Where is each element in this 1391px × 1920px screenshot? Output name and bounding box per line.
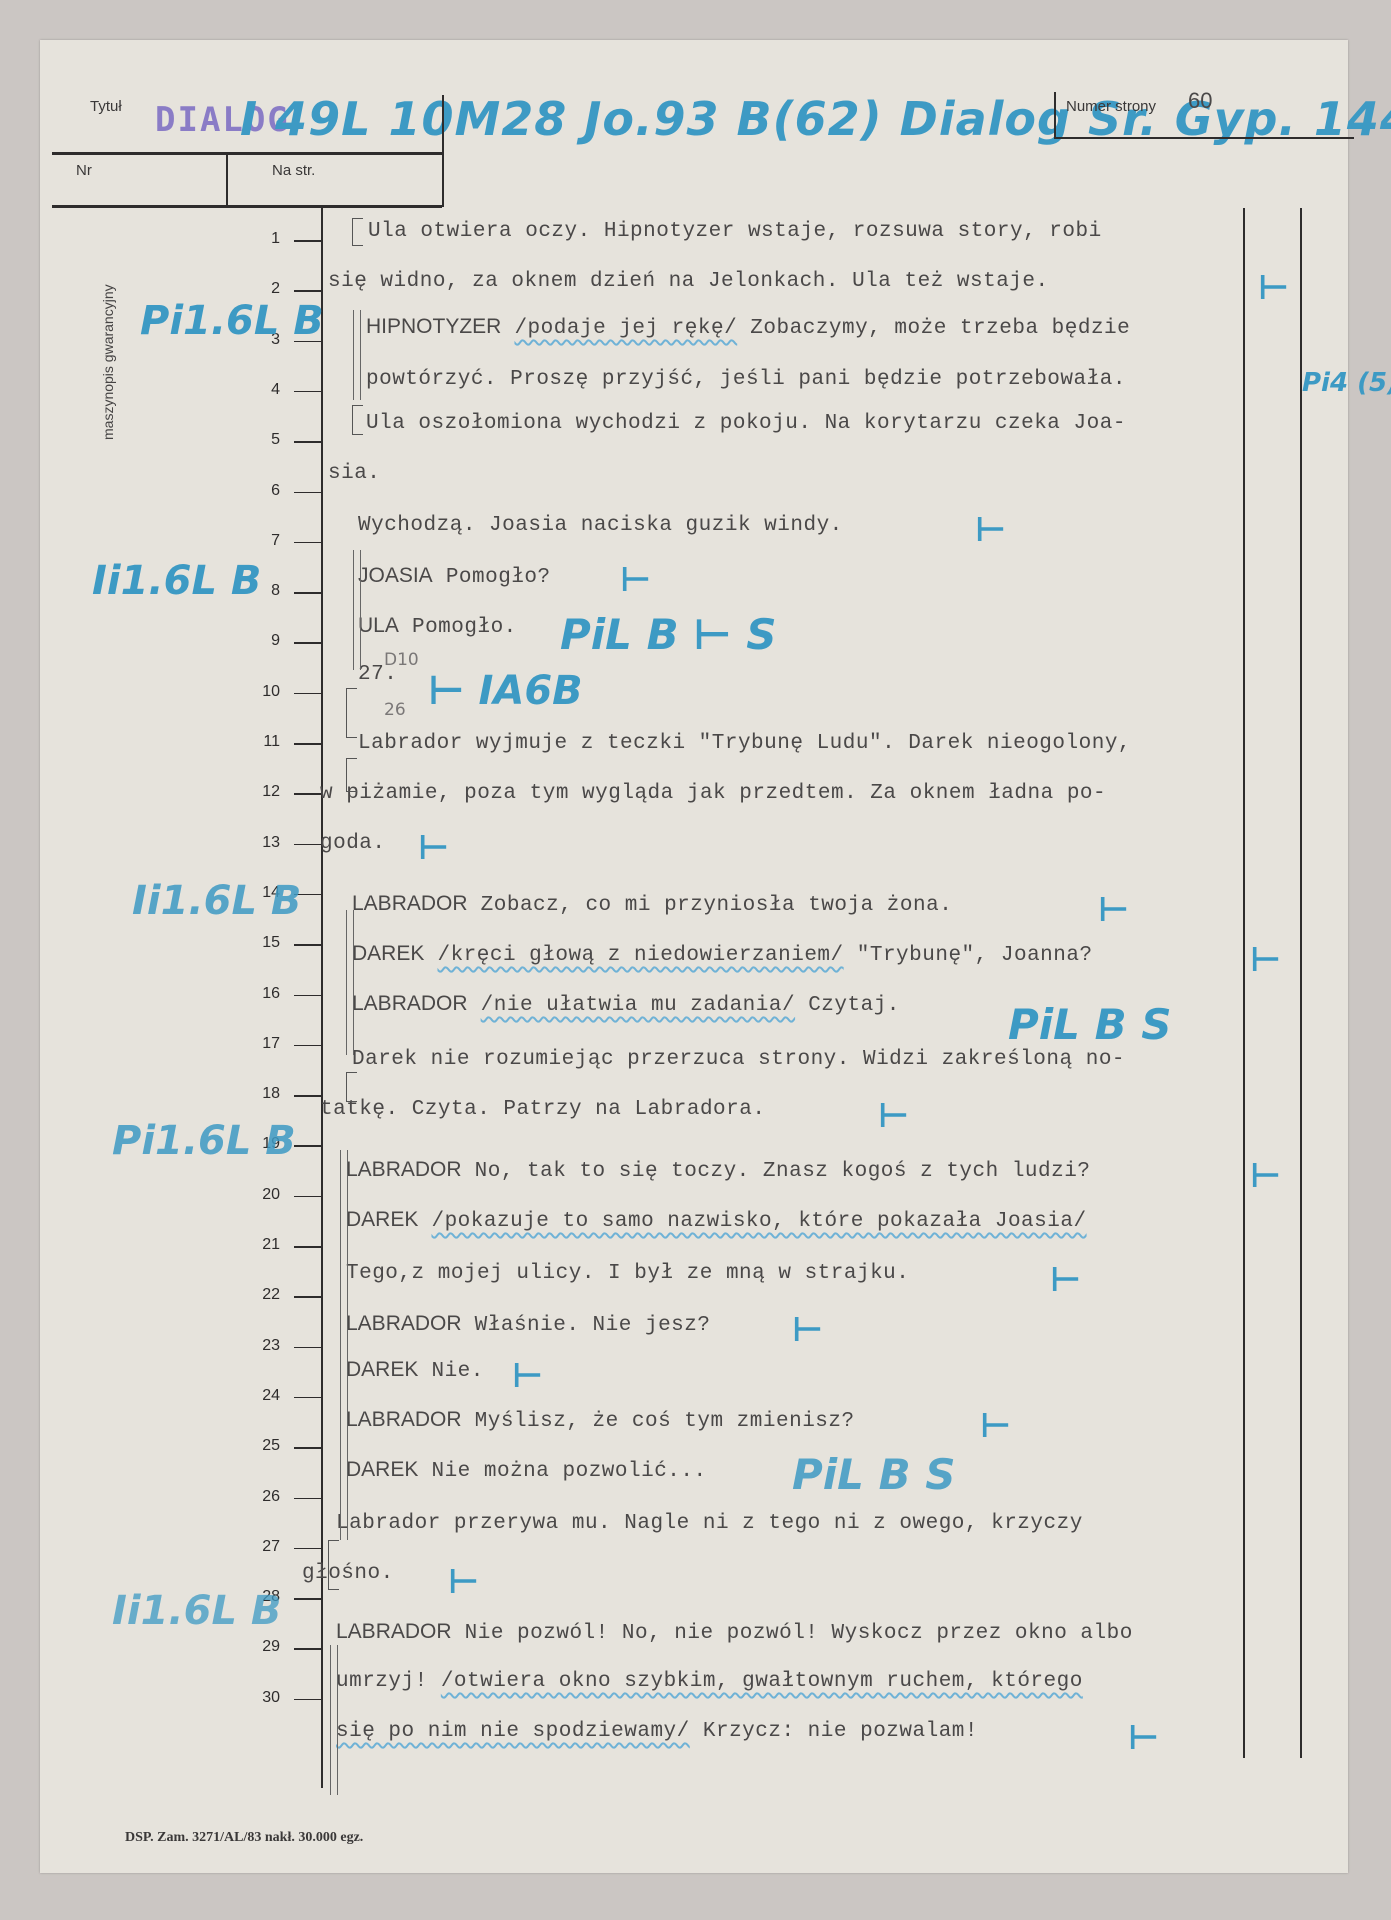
line-text: Ula otwiera oczy. Hipnotyzer wstaje, roz… (368, 220, 1102, 243)
line-number: 21 (240, 1236, 280, 1254)
line-text: tatkę. Czyta. Patrzy na Labradora. (320, 1098, 765, 1121)
dialogue-bar-3 (346, 910, 354, 1055)
line-text: Pomogło? (446, 566, 551, 589)
script-line: Ula otwiera oczy. Hipnotyzer wstaje, roz… (368, 220, 1102, 243)
line-tick (294, 1447, 322, 1449)
form-right-edge (442, 95, 444, 207)
line-text: Właśnie. Nie jesz? (475, 1314, 711, 1337)
line-tick (294, 743, 322, 745)
line-text: Wychodzą. Joasia naciska guzik windy. (358, 514, 843, 537)
form-divider (226, 152, 228, 207)
line-text: Pomogło. (412, 616, 517, 639)
margin-annotation-4: Pi1.6L B (112, 1118, 296, 1164)
script-line: JOASIA Pomogło? (358, 564, 551, 589)
line-tick (294, 240, 322, 242)
line-tick (294, 642, 322, 644)
line-number: 15 (240, 934, 280, 952)
check-mark-icon: ⊢ (620, 560, 651, 600)
page-number-value: 60 (1188, 88, 1212, 114)
line-tick (294, 592, 322, 594)
line-text: Tego,z mojej ulicy. I był ze mną w straj… (346, 1262, 909, 1285)
page-number-box-rule (1054, 137, 1354, 139)
speaker-name: DAREK (346, 1208, 418, 1231)
script-line: Darek nie rozumiejąc przerzuca strony. W… (352, 1048, 1125, 1071)
script-line: umrzyj! /otwiera okno szybkim, gwałtowny… (336, 1670, 1083, 1693)
speaker-name: DAREK (352, 942, 424, 965)
script-line: Labrador wyjmuje z teczki "Trybunę Ludu"… (358, 732, 1131, 755)
pencil-note-d10: D10 (384, 650, 419, 670)
line-tick (294, 1296, 322, 1298)
line-number: 25 (240, 1437, 280, 1455)
script-line: LABRADOR Myślisz, że coś tym zmienisz? (346, 1408, 855, 1433)
script-line: Tego,z mojej ulicy. I był ze mną w straj… (346, 1262, 909, 1285)
line-tick (294, 542, 322, 544)
line-number: 27 (240, 1538, 280, 1556)
line-text: Labrador przerywa mu. Nagle ni z tego ni… (336, 1512, 1083, 1535)
side-label: maszynopis gwarancyjny (100, 284, 116, 440)
line-tick (294, 290, 322, 292)
bracket-4 (346, 758, 357, 792)
line-number: 30 (240, 1689, 280, 1707)
line-text: Krzycz: nie pozwalam! (690, 1720, 978, 1743)
speaker-name: LABRADOR (346, 1158, 462, 1181)
margin-annotation-3: Ii1.6L B (132, 878, 301, 924)
line-number: 4 (240, 381, 280, 399)
line-prefix: umrzyj! (336, 1670, 441, 1693)
line-number: 10 (240, 683, 280, 701)
script-line: LABRADOR /nie ułatwia mu zadania/ Czytaj… (352, 992, 900, 1017)
line-number: 13 (240, 834, 280, 852)
line-tick (294, 1145, 322, 1147)
line-number: 5 (240, 431, 280, 449)
dialogue-bar-1 (353, 310, 361, 400)
right-margin-annotation: Pi4 (5) (1302, 368, 1391, 398)
speaker-name: DAREK (346, 1358, 418, 1381)
line-number: 17 (240, 1035, 280, 1053)
script-line: LABRADOR Zobacz, co mi przyniosła twoja … (352, 892, 952, 917)
stage-direction: /nie ułatwia mu zadania/ (481, 994, 795, 1017)
dialogue-bar-5 (330, 1645, 338, 1795)
line-tick (294, 492, 322, 494)
text-right-margin-line-2 (1300, 208, 1302, 1758)
script-line: LABRADOR No, tak to się toczy. Znasz kog… (346, 1158, 1090, 1183)
line-text: Myślisz, że coś tym zmienisz? (475, 1410, 855, 1433)
stage-direction: /pokazuje to samo nazwisko, które pokaza… (431, 1210, 1086, 1233)
check-mark-icon: ⊢ (1250, 940, 1281, 980)
script-line: powtórzyć. Proszę przyjść, jeśli pani bę… (366, 368, 1126, 391)
document-page: Tytuł DIALOG I 49L 10M28 Jo.93 B(62) Dia… (40, 40, 1348, 1873)
line-number: 1 (240, 230, 280, 248)
line-tick (294, 1648, 322, 1650)
speaker-name: LABRADOR (336, 1620, 452, 1643)
script-line: głośno. (302, 1562, 394, 1585)
line-tick (294, 1498, 322, 1500)
script-line: w piżamie, poza tym wygląda jak przedtem… (320, 782, 1106, 805)
page-number-box-left (1054, 92, 1056, 138)
inline-annotation-line10: ⊢ IA6B (428, 668, 583, 714)
line-tick (294, 1598, 322, 1600)
stage-direction: /otwiera okno szybkim, gwałtownym ruchem… (441, 1670, 1083, 1693)
margin-annotation-1: Pi1.6L B (140, 298, 324, 344)
speaker-name: LABRADOR (346, 1408, 462, 1431)
line-tick (294, 1699, 322, 1701)
speaker-name: LABRADOR (352, 892, 468, 915)
line-text: Zobacz, co mi przyniosła twoja żona. (481, 894, 953, 917)
line-text: w piżamie, poza tym wygląda jak przedtem… (320, 782, 1106, 805)
script-line: DAREK /kręci głową z niedowierzaniem/ "T… (352, 942, 1093, 967)
line-number: 12 (240, 783, 280, 801)
inline-annotation-line9: PiL B ⊢ S (560, 610, 776, 659)
line-number: 23 (240, 1337, 280, 1355)
script-line: LABRADOR Właśnie. Nie jesz? (346, 1312, 710, 1337)
speaker-name: JOASIA (358, 564, 433, 587)
line-number: 29 (240, 1638, 280, 1656)
line-tick (294, 441, 322, 443)
line-text: Labrador wyjmuje z teczki "Trybunę Ludu"… (358, 732, 1131, 755)
script-line: DAREK Nie można pozwolić... (346, 1458, 707, 1483)
line-tick (294, 944, 322, 946)
line-number: 20 (240, 1186, 280, 1204)
speaker-name: DAREK (346, 1458, 418, 1481)
line-tick (294, 693, 322, 695)
check-mark-icon: ⊢ (1258, 268, 1289, 308)
line-text: No, tak to się toczy. Znasz kogoś z tych… (475, 1160, 1091, 1183)
line-text: "Trybunę", Joanna? (844, 944, 1093, 967)
line-number: 7 (240, 532, 280, 550)
inline-annotation-line16: PiL B S (1008, 1000, 1171, 1049)
bracket-1 (352, 218, 363, 246)
margin-annotation-2: Ii1.6L B (92, 558, 261, 604)
line-text: Ula oszołomiona wychodzi z pokoju. Na ko… (366, 412, 1126, 435)
line-tick (294, 793, 322, 795)
script-line: Labrador przerywa mu. Nagle ni z tego ni… (336, 1512, 1083, 1535)
bracket-5 (346, 1072, 357, 1102)
check-mark-icon: ⊢ (1250, 1156, 1281, 1196)
line-text: się widno, za oknem dzień na Jelonkach. … (328, 270, 1049, 293)
speaker-name: HIPNOTYZER (366, 315, 501, 338)
script-line: DAREK /pokazuje to samo nazwisko, które … (346, 1208, 1087, 1233)
script-line: ULA Pomogło. (358, 614, 517, 639)
line-text: goda. (320, 832, 386, 855)
line-text: sia. (328, 462, 380, 485)
line-tick (294, 995, 322, 997)
speaker-name: ULA (358, 614, 399, 637)
line-text: Darek nie rozumiejąc przerzuca strony. W… (352, 1048, 1125, 1071)
print-footer: DSP. Zam. 3271/AL/83 nakł. 30.000 egz. (125, 1830, 363, 1846)
check-mark-icon: ⊢ (975, 510, 1006, 550)
script-line: HIPNOTYZER /podaje jej rękę/ Zobaczymy, … (366, 315, 1130, 340)
bracket-3 (346, 688, 357, 738)
check-mark-icon: ⊢ (418, 828, 449, 868)
line-number: 18 (240, 1085, 280, 1103)
pencil-note-26: 26 (384, 700, 406, 720)
na-str-label: Na str. (272, 162, 315, 179)
margin-annotation-5: Ii1.6L B (112, 1588, 281, 1634)
stage-direction: /podaje jej rękę/ (514, 317, 737, 340)
bracket-2 (352, 405, 363, 435)
line-number: 16 (240, 985, 280, 1003)
check-mark-icon: ⊢ (1128, 1718, 1159, 1758)
bracket-6 (328, 1540, 339, 1590)
line-number: 24 (240, 1387, 280, 1405)
check-mark-icon: ⊢ (980, 1406, 1011, 1446)
line-number: 2 (240, 280, 280, 298)
inline-annotation-line25: PiL B S (792, 1450, 955, 1499)
script-line: LABRADOR Nie pozwól! No, nie pozwól! Wys… (336, 1620, 1133, 1645)
line-number: 22 (240, 1286, 280, 1304)
line-text: Nie pozwól! No, nie pozwól! Wyskocz prze… (465, 1622, 1133, 1645)
line-text: Nie. (431, 1360, 483, 1383)
line-tick (294, 1548, 322, 1550)
line-number: 11 (240, 733, 280, 751)
line-tick (294, 1196, 322, 1198)
speaker-name: LABRADOR (352, 992, 468, 1015)
script-line: się widno, za oknem dzień na Jelonkach. … (328, 270, 1049, 293)
dialogue-bar-4 (340, 1150, 348, 1540)
line-tick (294, 1397, 322, 1399)
line-text: Czytaj. (795, 994, 900, 1017)
check-mark-icon: ⊢ (1050, 1260, 1081, 1300)
nr-label: Nr (76, 162, 92, 179)
line-tick (294, 391, 322, 393)
line-number: 26 (240, 1488, 280, 1506)
line-tick (294, 1045, 322, 1047)
speaker-name: LABRADOR (346, 1312, 462, 1335)
script-line: się po nim nie spodziewamy/ Krzycz: nie … (336, 1720, 978, 1743)
text-left-margin-line (321, 208, 323, 1788)
line-text: Zobaczymy, może trzeba będzie (737, 317, 1130, 340)
line-text: Nie można pozwolić... (431, 1460, 706, 1483)
script-line: sia. (328, 462, 380, 485)
check-mark-icon: ⊢ (792, 1310, 823, 1350)
script-line: Ula oszołomiona wychodzi z pokoju. Na ko… (366, 412, 1126, 435)
line-tick (294, 1347, 322, 1349)
check-mark-icon: ⊢ (512, 1356, 543, 1396)
script-line: Wychodzą. Joasia naciska guzik windy. (358, 514, 843, 537)
form-rule-top (52, 152, 442, 155)
stage-direction: się po nim nie spodziewamy/ (336, 1720, 690, 1743)
script-line: tatkę. Czyta. Patrzy na Labradora. (320, 1098, 765, 1121)
line-number: 9 (240, 632, 280, 650)
line-number: 6 (240, 482, 280, 500)
check-mark-icon: ⊢ (448, 1562, 479, 1602)
text-right-margin-line-1 (1243, 208, 1245, 1758)
title-label: Tytuł (90, 98, 122, 115)
form-rule-bottom (52, 205, 442, 208)
line-tick (294, 844, 322, 846)
line-tick (294, 1246, 322, 1248)
check-mark-icon: ⊢ (1098, 890, 1129, 930)
dialogue-bar-2 (353, 550, 361, 670)
line-text: głośno. (302, 1562, 394, 1585)
script-line: DAREK Nie. (346, 1358, 484, 1383)
line-text: powtórzyć. Proszę przyjść, jeśli pani bę… (366, 368, 1126, 391)
check-mark-icon: ⊢ (878, 1096, 909, 1136)
line-tick (294, 1095, 322, 1097)
page-number-label: Numer strony (1066, 98, 1156, 115)
stage-direction: /kręci głową z niedowierzaniem/ (437, 944, 843, 967)
script-line: goda. (320, 832, 386, 855)
